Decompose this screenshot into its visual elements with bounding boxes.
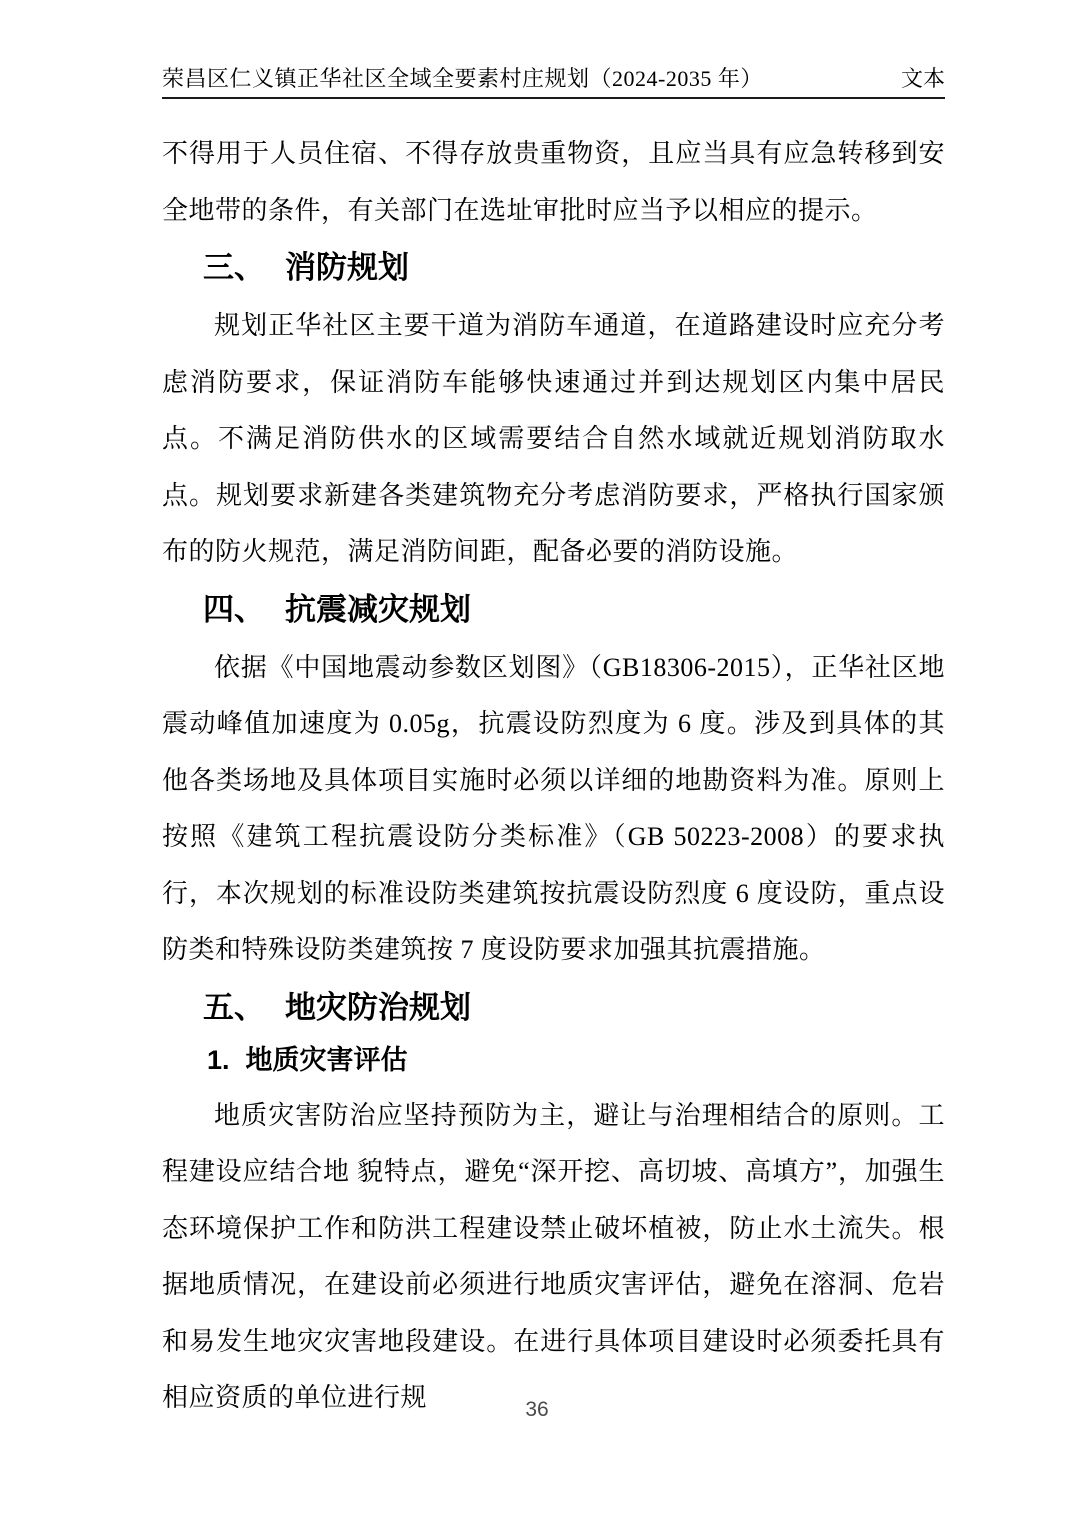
subsection-title: 地质灾害评估 [246, 1045, 408, 1075]
section-heading-geological-disaster-planning: 五、地灾防治规划 [162, 987, 945, 1029]
page-body: 不得用于人员住宿、不得存放贵重物资，且应当具有应急转移到安全地带的条件，有关部门… [162, 99, 945, 1427]
paragraph-disaster-shelter-continuation: 不得用于人员住宿、不得存放贵重物资，且应当具有应急转移到安全地带的条件，有关部门… [162, 126, 945, 239]
paragraph-geological-hazard: 地质灾害防治应坚持预防为主，避让与治理相结合的原则。工程建设应结合地 貌特点，避… [162, 1088, 945, 1427]
section-title: 地灾防治规划 [285, 990, 471, 1025]
subsection-heading-geological-hazard-assessment: 1.地质灾害评估 [162, 1038, 945, 1082]
section-number: 三、 [203, 250, 265, 285]
section-number: 五、 [203, 990, 265, 1025]
page-header: 荣昌区仁义镇正华社区全域全要素村庄规划（2024-2035 年） 文本 [162, 66, 945, 99]
document-page: 荣昌区仁义镇正华社区全域全要素村庄规划（2024-2035 年） 文本 不得用于… [0, 0, 1074, 1520]
page-number: 36 [525, 1398, 548, 1421]
section-title: 消防规划 [285, 250, 409, 285]
paragraph-earthquake-mitigation: 依据《中国地震动参数区划图》（GB18306-2015），正华社区地震动峰值加速… [162, 640, 945, 979]
paragraph-fire-protection: 规划正华社区主要干道为消防车通道，在道路建设时应充分考虑消防要求，保证消防车能够… [162, 298, 945, 581]
subsection-number: 1. [207, 1045, 230, 1075]
section-number: 四、 [203, 592, 265, 627]
page-footer: 36 [0, 1398, 1074, 1422]
header-title: 荣昌区仁义镇正华社区全域全要素村庄规划（2024-2035 年） [162, 66, 763, 92]
section-heading-earthquake-mitigation-planning: 四、抗震减灾规划 [162, 589, 945, 631]
section-title: 抗震减灾规划 [285, 592, 471, 627]
header-doc-type: 文本 [901, 66, 945, 92]
section-heading-fire-protection-planning: 三、消防规划 [162, 247, 945, 289]
